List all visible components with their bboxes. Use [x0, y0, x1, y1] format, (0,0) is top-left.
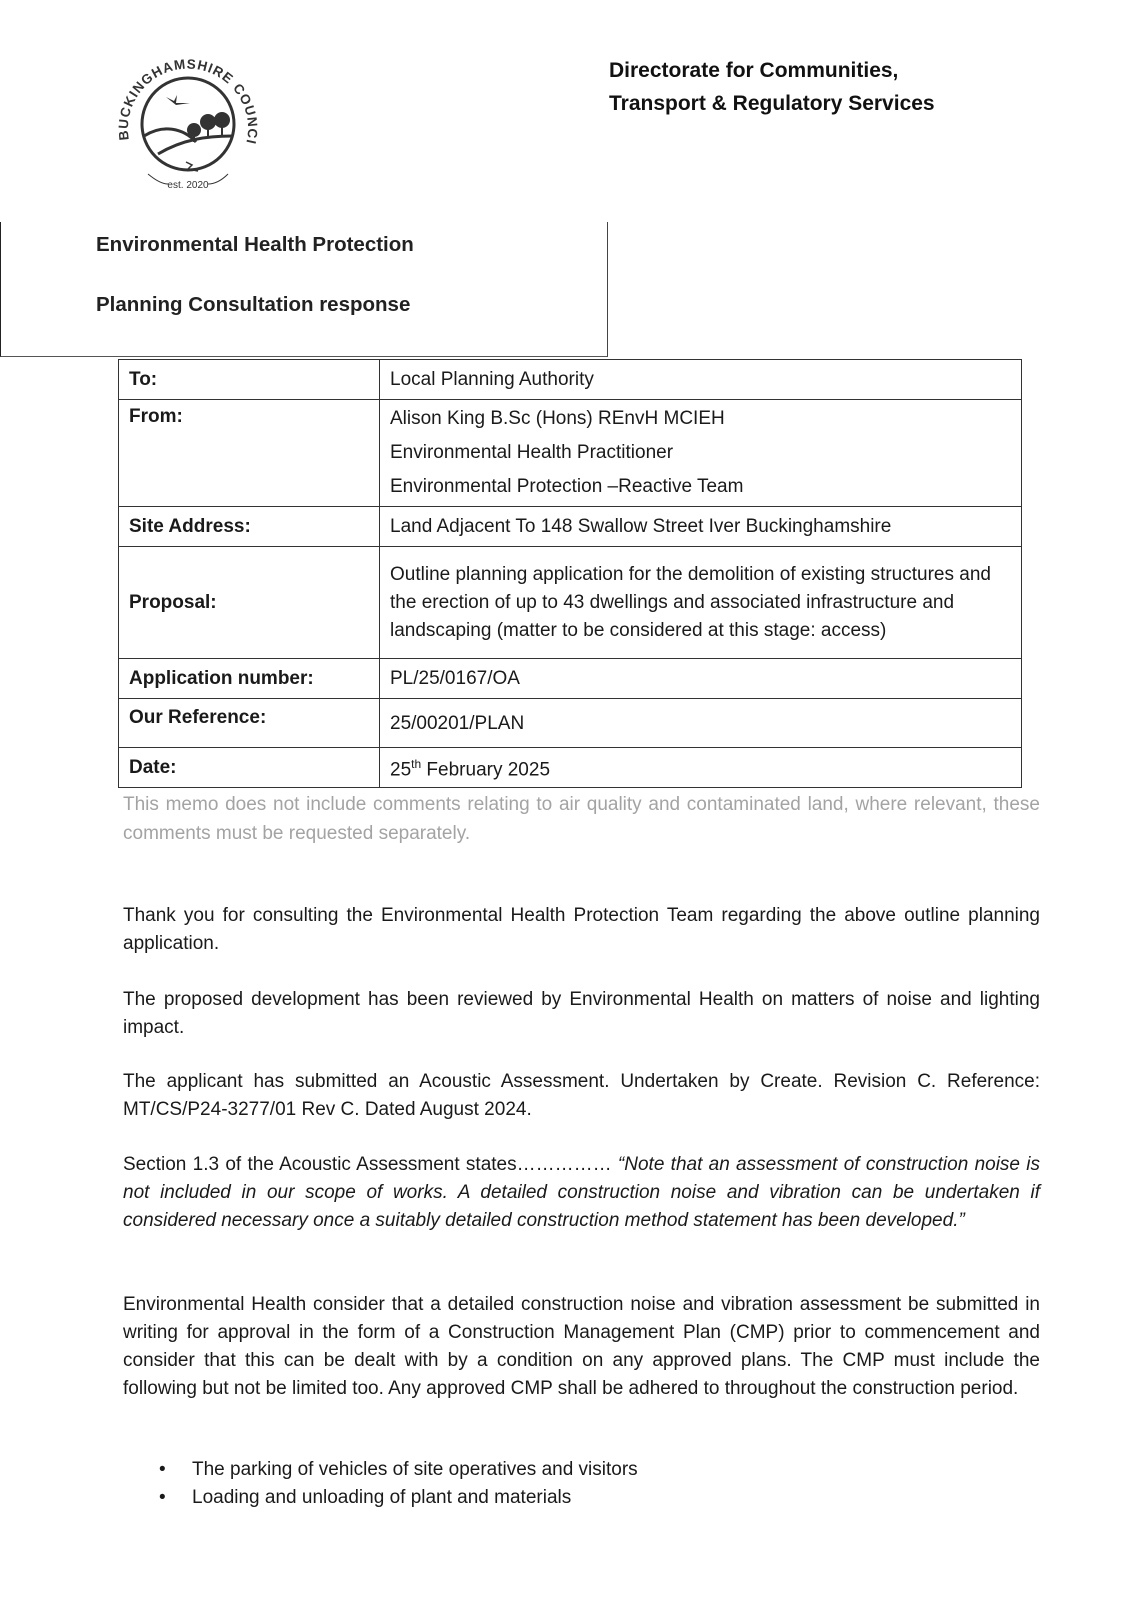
from-name: Alison King B.Sc (Hons) REnvH MCIEH: [390, 402, 1011, 436]
document-type-title: Planning Consultation response: [96, 293, 410, 317]
date-day: 25: [390, 760, 411, 781]
label-our-reference: Our Reference:: [119, 699, 380, 748]
bullet-icon: •: [159, 1484, 166, 1512]
title-box: Environmental Health Protection Planning…: [0, 222, 608, 357]
table-row-application-number: Application number: PL/25/0167/OA: [119, 659, 1022, 699]
date-suffix: th: [411, 757, 421, 771]
bullet-icon: •: [159, 1456, 166, 1484]
list-item-text: Loading and unloading of plant and mater…: [192, 1487, 571, 1508]
council-logo: BUCKINGHAMSHIRE COUNCIL est. 2020: [108, 44, 268, 204]
section-quote-intro: Section 1.3 of the Acoustic Assessment s…: [123, 1154, 618, 1175]
label-site-address: Site Address:: [119, 507, 380, 547]
label-to: To:: [119, 360, 380, 400]
paragraph-thanks: Thank you for consulting the Environment…: [123, 902, 1040, 958]
cmp-requirements-list: •The parking of vehicles of site operati…: [123, 1456, 638, 1512]
list-item: •Loading and unloading of plant and mate…: [123, 1484, 638, 1512]
department-title: Environmental Health Protection: [96, 233, 414, 257]
table-row-our-reference: Our Reference: 25/00201/PLAN: [119, 699, 1022, 748]
paragraph-review-scope: The proposed development has been review…: [123, 986, 1040, 1042]
memo-note: This memo does not include comments rela…: [123, 790, 1040, 848]
label-date: Date:: [119, 748, 380, 788]
value-to: Local Planning Authority: [380, 360, 1022, 400]
details-table: To: Local Planning Authority From: Aliso…: [118, 359, 1022, 788]
value-our-reference: 25/00201/PLAN: [380, 699, 1022, 748]
svg-text:est. 2020: est. 2020: [167, 180, 209, 191]
paragraph-acoustic-assessment: The applicant has submitted an Acoustic …: [123, 1068, 1040, 1124]
from-role: Environmental Health Practitioner: [390, 436, 1011, 470]
list-item-text: The parking of vehicles of site operativ…: [192, 1459, 638, 1480]
label-application-number: Application number:: [119, 659, 380, 699]
paragraph-cmp-requirement: Environmental Health consider that a det…: [123, 1291, 1040, 1403]
value-from: Alison King B.Sc (Hons) REnvH MCIEH Envi…: [380, 400, 1022, 507]
table-row-date: Date: 25th February 2025: [119, 748, 1022, 788]
directorate-line-1: Directorate for Communities,: [609, 54, 935, 87]
paragraph-section-quote: Section 1.3 of the Acoustic Assessment s…: [123, 1151, 1040, 1235]
label-proposal: Proposal:: [119, 547, 380, 659]
value-application-number: PL/25/0167/OA: [380, 659, 1022, 699]
table-row-site-address: Site Address: Land Adjacent To 148 Swall…: [119, 507, 1022, 547]
label-from: From:: [119, 400, 380, 507]
directorate-heading: Directorate for Communities, Transport &…: [609, 54, 935, 120]
council-logo-icon: BUCKINGHAMSHIRE COUNCIL est. 2020: [108, 44, 268, 204]
value-date: 25th February 2025: [380, 748, 1022, 788]
value-proposal: Outline planning application for the dem…: [380, 547, 1022, 659]
list-item: •The parking of vehicles of site operati…: [123, 1456, 638, 1484]
table-row-proposal: Proposal: Outline planning application f…: [119, 547, 1022, 659]
table-row-to: To: Local Planning Authority: [119, 360, 1022, 400]
value-site-address: Land Adjacent To 148 Swallow Street Iver…: [380, 507, 1022, 547]
from-team: Environmental Protection –Reactive Team: [390, 470, 1011, 504]
directorate-line-2: Transport & Regulatory Services: [609, 87, 935, 120]
svg-text:BUCKINGHAMSHIRE COUNCIL: BUCKINGHAMSHIRE COUNCIL: [108, 44, 260, 146]
table-row-from: From: Alison King B.Sc (Hons) REnvH MCIE…: [119, 400, 1022, 507]
date-rest: February 2025: [421, 760, 550, 781]
